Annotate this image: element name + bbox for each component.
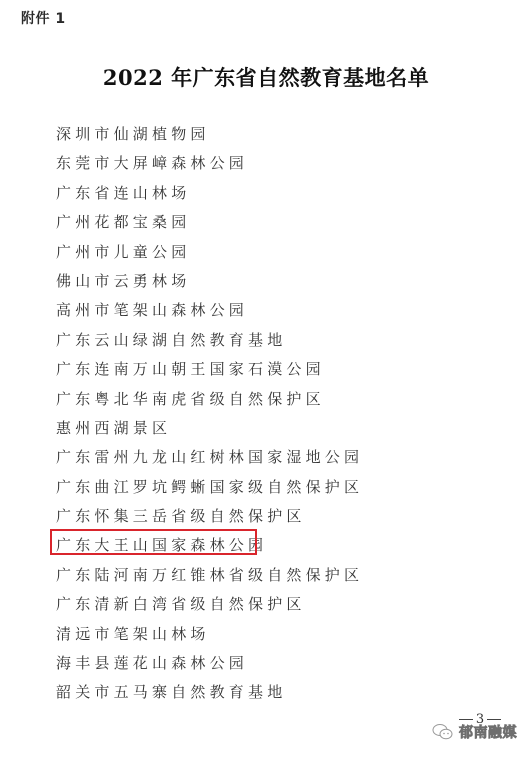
list-item: 广州市儿童公园: [56, 238, 363, 267]
list-item: 广东曲江罗坑鳄蜥国家级自然保护区: [56, 473, 363, 502]
list-item: 广东云山绿湖自然教育基地: [56, 326, 363, 355]
watermark: 郁南融媒: [432, 722, 517, 742]
list-item: 广东雷州九龙山红树林国家湿地公园: [56, 443, 363, 472]
wechat-icon: [432, 723, 454, 741]
base-list: 深圳市仙湖植物园 东莞市大屏嶂森林公园 广东省连山林场 广州花都宝桑园 广州市儿…: [56, 120, 363, 708]
list-item: 深圳市仙湖植物园: [56, 120, 363, 149]
list-item: 海丰县莲花山森林公园: [56, 649, 363, 678]
list-item: 广州花都宝桑园: [56, 208, 363, 237]
document-title: 2022 年广东省自然教育基地名单: [0, 62, 532, 92]
list-item: 广东清新白湾省级自然保护区: [56, 590, 363, 619]
list-item: 惠州西湖景区: [56, 414, 363, 443]
watermark-text: 郁南融媒: [459, 722, 517, 742]
list-item: 广东怀集三岳省级自然保护区: [56, 502, 363, 531]
list-item: 清远市笔架山林场: [56, 620, 363, 649]
list-item: 韶关市五马寨自然教育基地: [56, 678, 363, 707]
list-item: 广东连南万山朝王国家石漠公园: [56, 355, 363, 384]
list-item: 高州市笔架山森林公园: [56, 296, 363, 325]
page-dash-right: [487, 719, 501, 720]
list-item: 广东陆河南万红锥林省级自然保护区: [56, 561, 363, 590]
list-item: 佛山市云勇林场: [56, 267, 363, 296]
list-item: 广东省连山林场: [56, 179, 363, 208]
list-item: 东莞市大屏嶂森林公园: [56, 149, 363, 178]
attachment-label: 附件 1: [21, 8, 66, 28]
highlight-box: [50, 529, 257, 555]
list-item: 广东粤北华南虎省级自然保护区: [56, 385, 363, 414]
page-dash-left: [459, 719, 473, 720]
